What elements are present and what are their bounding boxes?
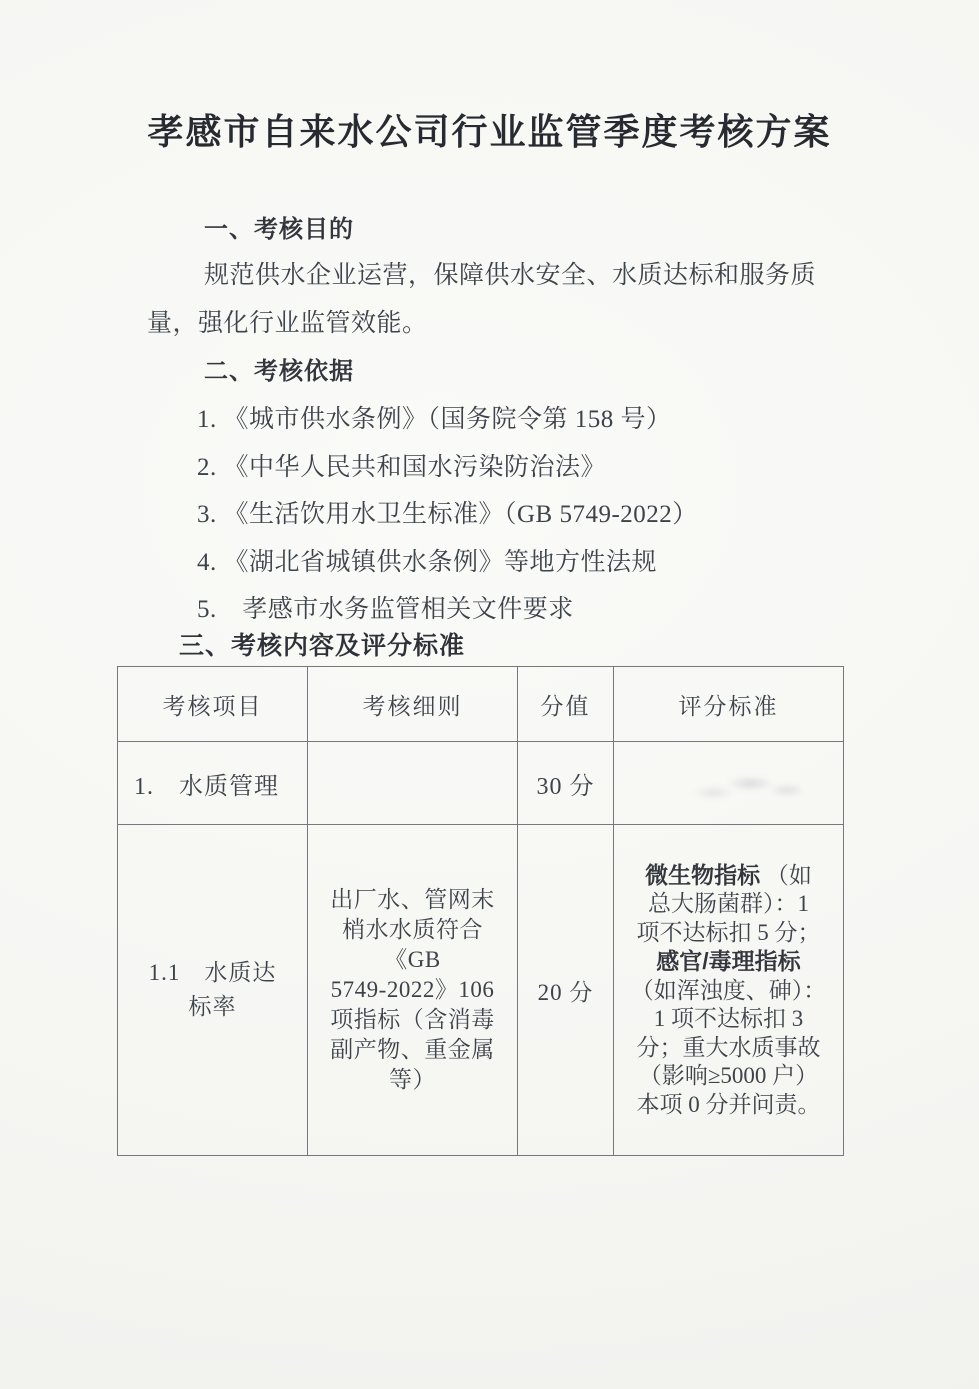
basis-item-3: 3. 《生活饮用水卫生标准》（GB 5749-2022） bbox=[197, 491, 857, 539]
bleed-through-artifact bbox=[637, 765, 820, 811]
column-header-item: 考核项目 bbox=[118, 667, 308, 742]
table-header-row: 考核项目 考核细则 分值 评分标准 bbox=[118, 667, 844, 742]
cell-standard-compliance: 微生物指标 （如 总大肠菌群）：1 项不达标扣 5 分； 感官/毒理指标 （如浑… bbox=[614, 825, 844, 1156]
section-heading-content: 三、考核内容及评分标准 bbox=[179, 626, 465, 662]
basis-item-4: 4. 《湖北省城镇供水条例》等地方性法规 bbox=[197, 539, 857, 587]
basis-item-1: 1. 《城市供水条例》（国务院令第 158 号） bbox=[197, 396, 857, 444]
basis-list: 1. 《城市供水条例》（国务院令第 158 号） 2. 《中华人民共和国水污染防… bbox=[197, 396, 857, 634]
table-row-compliance-rate: 1.1 水质达 标率 出厂水、管网末 梢水水质符合 《GB 5749-2022》… bbox=[118, 825, 844, 1156]
section-heading-basis: 二、考核依据 bbox=[204, 351, 354, 386]
table-row-water-quality: 1. 水质管理 30 分 bbox=[118, 742, 844, 825]
cell-standard-row1 bbox=[614, 742, 844, 825]
column-header-score: 分值 bbox=[518, 667, 614, 742]
assessment-table: 考核项目 考核细则 分值 评分标准 1. 水质管理 30 分 1.1 水质达 标… bbox=[117, 666, 844, 1156]
cell-score-30: 30 分 bbox=[518, 742, 614, 825]
cell-item-water-quality: 1. 水质管理 bbox=[118, 742, 308, 825]
purpose-paragraph: 规范供水企业运营，保障供水安全、水质达标和服务质 量，强化行业监管效能。 bbox=[147, 252, 837, 348]
section-heading-purpose: 一、考核目的 bbox=[204, 209, 354, 244]
column-header-detail: 考核细则 bbox=[308, 667, 518, 742]
cell-score-20: 20 分 bbox=[518, 825, 614, 1156]
cell-detail-compliance: 出厂水、管网末 梢水水质符合 《GB 5749-2022》106 项指标（含消毒… bbox=[308, 825, 518, 1156]
document-title: 孝感市自来水公司行业监管季度考核方案 bbox=[0, 104, 979, 155]
cell-item-compliance-rate: 1.1 水质达 标率 bbox=[118, 825, 308, 1156]
basis-item-2: 2. 《中华人民共和国水污染防治法》 bbox=[197, 444, 857, 492]
cell-detail-empty bbox=[308, 742, 518, 825]
scanned-document-page: 孝感市自来水公司行业监管季度考核方案 一、考核目的 规范供水企业运营，保障供水安… bbox=[0, 0, 979, 1389]
column-header-standard: 评分标准 bbox=[614, 667, 844, 742]
